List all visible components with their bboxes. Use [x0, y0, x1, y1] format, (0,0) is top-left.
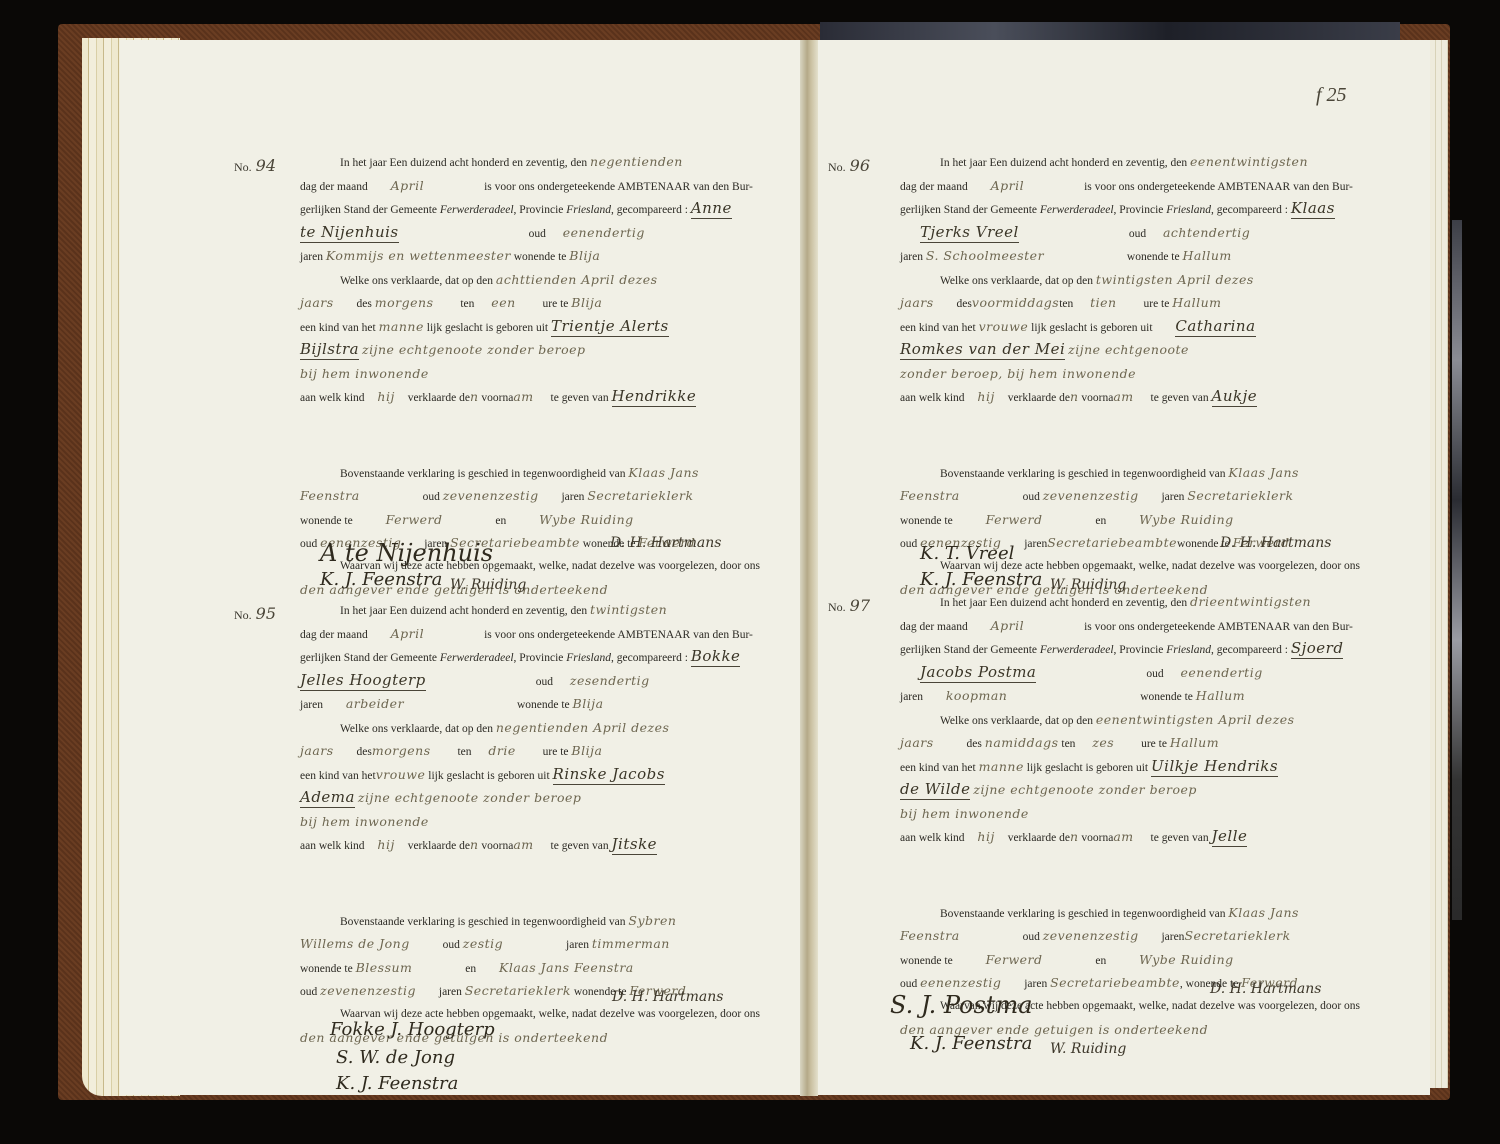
- printed-text: Ferwerderadeel: [440, 204, 514, 216]
- handwritten-entry: Ferwerd: [986, 512, 1043, 527]
- printed-text: oud: [900, 978, 917, 990]
- handwritten-entry: Feenstra: [900, 488, 960, 503]
- handwritten-entry: bij hem inwonende: [900, 806, 1029, 821]
- handwritten-entry: zestig: [463, 936, 503, 951]
- handwritten-entry: am: [513, 389, 533, 404]
- printed-text: No.: [234, 160, 252, 174]
- printed-text: een kind van het: [900, 762, 976, 774]
- record-line: Jelles Hoogterpoud zesendertig: [300, 669, 810, 693]
- mother-last: Adema: [300, 788, 355, 808]
- birth-record-94: No.94 In het jaar Een duizend acht honde…: [300, 150, 810, 602]
- printed-text: ten: [457, 746, 471, 758]
- signature-witness1: K. J. Feenstra: [320, 568, 442, 592]
- printed-text: 95: [256, 604, 276, 623]
- printed-text: oud: [300, 538, 317, 550]
- day-field: twintigsten: [590, 602, 667, 617]
- record-line: Welke ons verklaarde, dat op den achttie…: [300, 268, 810, 292]
- handwritten-entry: Klaas Jans: [1228, 465, 1299, 480]
- record-line: bij hem inwonende: [900, 802, 1410, 826]
- printed-text: en: [1095, 955, 1106, 967]
- printed-text: oud: [443, 939, 460, 951]
- handwritten-entry: hij: [977, 389, 994, 404]
- handwritten-entry: am: [1113, 389, 1133, 404]
- record-line: Bovenstaande verklaring is geschied in t…: [900, 461, 1410, 485]
- handwritten-entry: Secretariebeambte: [1050, 975, 1180, 990]
- birth-record-96: No.96 In het jaar Een duizend acht honde…: [900, 150, 1410, 602]
- spacing: [900, 435, 1410, 461]
- time-of-day: namiddags: [985, 735, 1059, 750]
- printed-text: jaren: [561, 491, 584, 503]
- declarant-last: te Nijenhuis: [300, 223, 399, 243]
- printed-text: wonende te: [900, 955, 953, 967]
- printed-text: is voor ons ondergeteekende AMBTENAAR va…: [484, 181, 753, 193]
- printed-text: wonende te: [300, 515, 353, 527]
- record-line: jaren Kommijs en wettenmeester wonende t…: [300, 244, 810, 268]
- printed-text: aan welk kind: [900, 392, 965, 404]
- record-line: Feenstra oud zevenenzestig jaren Secreta…: [300, 484, 810, 508]
- record-line: jaars des morgens ten een ure te Blija: [300, 291, 810, 315]
- handwritten-entry: bij hem inwonende: [300, 814, 429, 829]
- printed-text: voorna: [481, 392, 513, 404]
- record-line: Willems de Jong oud zestig jaren timmerm…: [300, 932, 810, 956]
- printed-text: verklaarde de: [408, 840, 470, 852]
- printed-text: en: [465, 963, 476, 975]
- mother-last: de Wilde: [900, 780, 970, 800]
- handwritten-entry: zevenenzestig: [1043, 488, 1139, 503]
- record-line: Welke ons verklaarde, dat op den eenentw…: [900, 708, 1410, 732]
- child-name: Aukje: [1212, 387, 1258, 407]
- record-number: No.94: [234, 154, 276, 180]
- printed-text: wonende te: [514, 251, 567, 263]
- handwritten-entry: eenenzestig: [920, 975, 1001, 990]
- printed-text: te geven van: [551, 840, 609, 852]
- handwritten-entry: Sybren: [628, 913, 676, 928]
- record-line: Bovenstaande verklaring is geschied in t…: [300, 909, 810, 933]
- handwritten-entry: Ferwerd: [386, 512, 443, 527]
- printed-text: is voor ons ondergeteekende AMBTENAAR va…: [1084, 181, 1353, 193]
- handwritten-entry: zonder beroep, bij hem inwonende: [900, 366, 1136, 381]
- printed-text: Ferwerderadeel: [1040, 644, 1114, 656]
- mother-first: Rinske Jacobs: [553, 765, 665, 785]
- signature-witness2: K. J. Feenstra: [336, 1072, 458, 1096]
- printed-text: jaren: [1161, 931, 1184, 943]
- record-line: jaren arbeider wonende te Blija: [300, 692, 810, 716]
- printed-text: te geven van: [1151, 392, 1209, 404]
- printed-text: des: [957, 298, 972, 310]
- record-line: Bijlstra zijne echtgenoote zonder beroep: [300, 338, 810, 362]
- declarant-last: Tjerks Vreel: [920, 223, 1019, 243]
- handwritten-entry: Wybe Ruiding: [539, 512, 634, 527]
- printed-text: ure te: [543, 298, 569, 310]
- hour-field: een: [491, 295, 515, 310]
- printed-text: ure te: [1144, 298, 1170, 310]
- handwritten-entry: timmerman: [592, 936, 670, 951]
- printed-text: Bovenstaande verklaring is geschied in t…: [940, 468, 1226, 480]
- printed-text: Welke ons verklaarde, dat op den: [340, 275, 493, 287]
- record-line: wonende te Ferwerd en Wybe Ruiding: [300, 508, 810, 532]
- printed-text: Friesland: [566, 652, 611, 664]
- record-line: gerlijken Stand der Gemeente Ferwerderad…: [900, 637, 1410, 661]
- printed-text: aan welk kind: [300, 392, 365, 404]
- record-line: een kind van het manne lijk geslacht is …: [300, 315, 810, 339]
- printed-text: te geven van: [1151, 832, 1209, 844]
- printed-text: Welke ons verklaarde, dat op den: [940, 715, 1093, 727]
- hour-field: drie: [488, 743, 515, 758]
- printed-text: , Provincie: [514, 652, 564, 664]
- record-line: gerlijken Stand der Gemeente Ferwerderad…: [300, 197, 810, 221]
- spacing: [900, 875, 1410, 901]
- handwritten-entry: zijne echtgenoote zonder beroep: [362, 342, 586, 357]
- record-line: Adema zijne echtgenoote zonder beroep: [300, 786, 810, 810]
- printed-text: , gecompareerd :: [611, 204, 688, 216]
- birth-record-97: No.97 In het jaar Een duizend acht honde…: [900, 590, 1410, 1042]
- record-line: jaren S. Schoolmeester wonende te Hallum: [900, 244, 1410, 268]
- printed-text: 94: [256, 156, 276, 175]
- printed-text: jaren: [1161, 491, 1184, 503]
- mother-last: Bijlstra: [300, 340, 359, 360]
- record-line: een kind van het manne lijk geslacht is …: [900, 755, 1410, 779]
- printed-text: lijk geslacht is geboren uit: [1031, 322, 1152, 334]
- record-line: gerlijken Stand der Gemeente Ferwerderad…: [300, 645, 810, 669]
- printed-text: oud: [1129, 228, 1146, 240]
- record-line: te Nijenhuisoud eenendertig: [300, 221, 810, 245]
- spacing: [900, 849, 1410, 875]
- printed-text: aan welk kind: [300, 840, 365, 852]
- printed-text: jaren: [1024, 538, 1047, 550]
- official-signature: D. H. Hartmans: [612, 986, 723, 1010]
- printed-text: ten: [460, 298, 474, 310]
- record-line: aan welk kind hij verklaarde den voornaa…: [300, 385, 810, 409]
- record-line: wonende te Blessum en Klaas Jans Feenstr…: [300, 956, 810, 980]
- signature-declarant: K. T. Vreel: [920, 542, 1014, 566]
- residence-field: Blija: [573, 696, 604, 711]
- printed-text: wonende te: [1140, 691, 1193, 703]
- printed-text: jaren: [1024, 978, 1047, 990]
- handwritten-entry: Secretarieklerk: [1184, 928, 1290, 943]
- handwritten-entry: Wybe Ruiding: [1139, 952, 1234, 967]
- age-field: eenendertig: [1181, 665, 1263, 680]
- record-line: In het jaar Een duizend acht honderd en …: [900, 590, 1410, 614]
- record-line: Welke ons verklaarde, dat op den twintig…: [900, 268, 1410, 292]
- record-number: No.96: [828, 154, 870, 180]
- birth-date-field: eenentwintigsten April dezes: [1096, 712, 1295, 727]
- birth-record-95: No.95 In het jaar Een duizend acht honde…: [300, 598, 810, 1050]
- mother-last: Romkes van der Mei: [900, 340, 1065, 360]
- record-line: bij hem inwonende: [300, 810, 810, 834]
- record-line: jaars desvoormiddagsten tien ure te Hall…: [900, 291, 1410, 315]
- sex-field: vrouwe: [376, 767, 426, 782]
- record-line: wonende te Ferwerd en Wybe Ruiding: [900, 508, 1410, 532]
- printed-text: dag der maand: [900, 621, 968, 633]
- printed-text: dag der maand: [900, 181, 968, 193]
- record-line: een kind van het vrouwe lijk geslacht is…: [900, 315, 1410, 339]
- printed-text: wonende te: [1127, 251, 1180, 263]
- record-line: In het jaar Een duizend acht honderd en …: [300, 598, 810, 622]
- handwritten-entry: hij: [377, 389, 394, 404]
- printed-text: Bovenstaande verklaring is geschied in t…: [940, 908, 1226, 920]
- handwritten-entry: Feenstra: [300, 488, 360, 503]
- printed-text: lijk geslacht is geboren uit: [1027, 762, 1148, 774]
- record-line: Jacobs Postmaoud eenendertig: [900, 661, 1410, 685]
- printed-text: , Provincie: [514, 204, 564, 216]
- marbled-board-top: [820, 22, 1400, 42]
- handwritten-entry: Blessum: [356, 960, 413, 975]
- printed-text: oud: [300, 986, 317, 998]
- record-line: aan welk kind hij verklaarde den voornaa…: [900, 385, 1410, 409]
- record-line: jaren koopman wonende te Hallum: [900, 684, 1410, 708]
- record-line: de Wilde zijne echtgenoote zonder beroep: [900, 778, 1410, 802]
- printed-text: oud: [529, 228, 546, 240]
- handwritten-entry: jaars: [900, 295, 934, 310]
- printed-text: verklaarde de: [1008, 832, 1070, 844]
- printed-text: gerlijken Stand der Gemeente: [900, 204, 1037, 216]
- handwritten-entry: zijne echtgenoote zonder beroep: [973, 782, 1197, 797]
- printed-text: lijk geslacht is geboren uit: [427, 322, 548, 334]
- day-field: drieentwintigsten: [1190, 594, 1311, 609]
- printed-text: In het jaar Een duizend acht honderd en …: [940, 157, 1187, 169]
- handwritten-entry: Secretarieklerk: [587, 488, 693, 503]
- mother-first: Uilkje Hendriks: [1151, 757, 1278, 777]
- handwritten-entry: Willems de Jong: [300, 936, 410, 951]
- record-line: oud zevenenzestig jaren Secretarieklerk …: [300, 979, 810, 1003]
- record-line: Bovenstaande verklaring is geschied in t…: [900, 901, 1410, 925]
- record-line: dag der maand Aprilis voor ons ondergete…: [900, 174, 1410, 198]
- printed-text: jaren: [300, 251, 323, 263]
- record-line: Feenstra oud zevenenzestig jarenSecretar…: [900, 924, 1410, 948]
- child-name: Hendrikke: [612, 387, 697, 407]
- printed-text: ure te: [1141, 738, 1167, 750]
- printed-text: dag der maand: [300, 629, 368, 641]
- printed-text: jaren: [439, 986, 462, 998]
- printed-text: , gecompareerd :: [611, 652, 688, 664]
- sex-field: vrouwe: [979, 319, 1029, 334]
- printed-text: en: [495, 515, 506, 527]
- spacing: [300, 857, 810, 883]
- printed-text: een kind van het: [300, 322, 376, 334]
- record-line: jaars des namiddags ten zes ure te Hallu…: [900, 731, 1410, 755]
- handwritten-entry: jaars: [300, 743, 334, 758]
- record-line: In het jaar Een duizend acht honderd en …: [300, 150, 810, 174]
- printed-text: In het jaar Een duizend acht honderd en …: [940, 597, 1187, 609]
- signature-witness1: K. J. Feenstra: [910, 1032, 1032, 1056]
- time-of-day: voormiddags: [972, 295, 1059, 310]
- birth-date-field: negentienden April dezes: [496, 720, 670, 735]
- record-number: No.97: [828, 594, 870, 620]
- printed-text: is voor ons ondergeteekende AMBTENAAR va…: [484, 629, 753, 641]
- child-name: Jelle: [1212, 827, 1248, 847]
- month-field: April: [391, 178, 425, 193]
- printed-text: verklaarde de: [1008, 392, 1070, 404]
- record-line: wonende te Ferwerd en Wybe Ruiding: [900, 948, 1410, 972]
- birth-place: Hallum: [1172, 295, 1221, 310]
- signature-declarant: A te Nijenhuis: [320, 542, 493, 566]
- handwritten-entry: Wybe Ruiding: [1139, 512, 1234, 527]
- spacing: [300, 883, 810, 909]
- official-signature: D. H. Hartmans: [1220, 532, 1331, 556]
- printed-text: oud: [1023, 491, 1040, 503]
- folio-number: f 25: [1316, 84, 1347, 107]
- printed-text: Friesland: [1166, 204, 1211, 216]
- residence-field: Hallum: [1196, 688, 1245, 703]
- record-line: Bovenstaande verklaring is geschied in t…: [300, 461, 810, 485]
- month-field: April: [991, 178, 1025, 193]
- printed-text: , Provincie: [1114, 644, 1164, 656]
- printed-text: dag der maand: [300, 181, 368, 193]
- handwritten-entry: Klaas Jans: [628, 465, 699, 480]
- printed-text: is voor ons ondergeteekende AMBTENAAR va…: [1084, 621, 1353, 633]
- signature-witness1: S. W. de Jong: [336, 1046, 455, 1070]
- record-line: een kind van hetvrouwe lijk geslacht is …: [300, 763, 810, 787]
- handwritten-entry: Secretarieklerk: [465, 983, 571, 998]
- hour-field: zes: [1092, 735, 1114, 750]
- handwritten-entry: n: [1070, 389, 1079, 404]
- occupation-field: koopman: [946, 688, 1007, 703]
- printed-text: een kind van het: [300, 770, 376, 782]
- printed-text: gerlijken Stand der Gemeente: [900, 644, 1037, 656]
- printed-text: oud: [1023, 931, 1040, 943]
- declarant-first: Sjoerd: [1291, 639, 1344, 659]
- day-field: negentienden: [590, 154, 683, 169]
- handwritten-entry: am: [1113, 829, 1133, 844]
- printed-text: Ferwerderadeel: [1040, 204, 1114, 216]
- record-line: aan welk kind hij verklaarde den voornaa…: [900, 825, 1410, 849]
- printed-text: jaren: [300, 699, 323, 711]
- printed-text: gerlijken Stand der Gemeente: [300, 652, 437, 664]
- record-line: bij hem inwonende: [300, 362, 810, 386]
- handwritten-entry: zevenenzestig: [443, 488, 539, 503]
- printed-text: , gecompareerd :: [1211, 204, 1288, 216]
- birth-place: Blija: [571, 295, 602, 310]
- printed-text: jaren: [566, 939, 589, 951]
- printed-text: oud: [900, 538, 917, 550]
- occupation-field: arbeider: [346, 696, 404, 711]
- marbled-board-right: [1452, 220, 1462, 920]
- declarant-first: Klaas: [1291, 199, 1335, 219]
- time-of-day: morgens: [375, 295, 434, 310]
- record-line: zonder beroep, bij hem inwonende: [900, 362, 1410, 386]
- record-line: In het jaar Een duizend acht honderd en …: [900, 150, 1410, 174]
- printed-text: ure te: [543, 746, 569, 758]
- record-line: Feenstra oud zevenenzestig jaren Secreta…: [900, 484, 1410, 508]
- mother-first: Trientje Alerts: [551, 317, 669, 337]
- spacing: [900, 409, 1410, 435]
- declarant-first: Anne: [691, 199, 732, 219]
- handwritten-entry: zijne echtgenoote zonder beroep: [358, 790, 582, 805]
- sex-field: manne: [979, 759, 1024, 774]
- handwritten-entry: zevenenzestig: [320, 983, 416, 998]
- handwritten-entry: Klaas Jans: [1228, 905, 1299, 920]
- official-signature: D. H. Hartmans: [610, 532, 721, 556]
- printed-text: Friesland: [566, 204, 611, 216]
- record-line: gerlijken Stand der Gemeente Ferwerderad…: [900, 197, 1410, 221]
- month-field: April: [991, 618, 1025, 633]
- time-of-day: morgens: [372, 743, 431, 758]
- printed-text: Welke ons verklaarde, dat op den: [340, 723, 493, 735]
- residence-field: Blija: [569, 248, 600, 263]
- printed-text: oud: [536, 676, 553, 688]
- printed-text: lijk geslacht is geboren uit: [428, 770, 549, 782]
- signature-declarant: S. J. Postma: [890, 994, 1033, 1018]
- printed-text: des: [357, 746, 372, 758]
- record-line: Romkes van der Mei zijne echtgenoote: [900, 338, 1410, 362]
- signature-declarant: Fokke J. Hoogterp: [330, 1018, 495, 1042]
- child-name: Jitske: [612, 835, 658, 855]
- record-line: Tjerks Vreeloud achtendertig: [900, 221, 1410, 245]
- handwritten-entry: hij: [377, 837, 394, 852]
- signature-witness2: W. Ruiding: [450, 574, 526, 598]
- handwritten-entry: am: [513, 837, 533, 852]
- birth-date-field: twintigsten April dezes: [1096, 272, 1254, 287]
- printed-text: ten: [1059, 298, 1073, 310]
- handwritten-entry: jaars: [300, 295, 334, 310]
- printed-text: 97: [850, 596, 870, 615]
- handwritten-entry: n: [1070, 829, 1079, 844]
- printed-text: Ferwerderadeel: [440, 652, 514, 664]
- printed-text: ten: [1061, 738, 1075, 750]
- printed-text: voorna: [481, 840, 513, 852]
- printed-text: jaren: [900, 251, 923, 263]
- printed-text: verklaarde de: [408, 392, 470, 404]
- record-line: dag der maand Aprilis voor ons ondergete…: [300, 622, 810, 646]
- printed-text: een kind van het: [900, 322, 976, 334]
- printed-text: gerlijken Stand der Gemeente: [300, 204, 437, 216]
- signature-witness2: W. Ruiding: [1050, 1038, 1126, 1062]
- birth-place: Hallum: [1170, 735, 1219, 750]
- printed-text: No.: [828, 600, 846, 614]
- residence-field: Hallum: [1183, 248, 1232, 263]
- record-line: dag der maand Aprilis voor ons ondergete…: [300, 174, 810, 198]
- printed-text: Bovenstaande verklaring is geschied in t…: [340, 468, 626, 480]
- day-field: eenentwintigsten: [1190, 154, 1308, 169]
- printed-text: wonende te: [517, 699, 570, 711]
- handwritten-entry: n: [470, 837, 479, 852]
- handwritten-entry: Secretarieklerk: [1187, 488, 1293, 503]
- printed-text: oud: [1146, 668, 1163, 680]
- printed-text: jaren: [900, 691, 923, 703]
- spacing: [300, 435, 810, 461]
- handwritten-entry: hij: [977, 829, 994, 844]
- printed-text: , gecompareerd :: [1211, 644, 1288, 656]
- handwritten-entry: Ferwerd: [986, 952, 1043, 967]
- handwritten-entry: n: [470, 389, 479, 404]
- handwritten-entry: zijne echtgenoote: [1068, 342, 1189, 357]
- printed-text: Friesland: [1166, 644, 1211, 656]
- birth-date-field: achttienden April dezes: [496, 272, 658, 287]
- handwritten-entry: Klaas Jans Feenstra: [499, 960, 634, 975]
- printed-text: des: [357, 298, 372, 310]
- printed-text: en: [1095, 515, 1106, 527]
- handwritten-entry: Secretariebeambte: [1047, 535, 1177, 550]
- handwritten-entry: zevenenzestig: [1043, 928, 1139, 943]
- record-line: dag der maand Aprilis voor ons ondergete…: [900, 614, 1410, 638]
- printed-text: No.: [828, 160, 846, 174]
- printed-text: No.: [234, 608, 252, 622]
- sex-field: manne: [379, 319, 424, 334]
- age-field: eenendertig: [563, 225, 645, 240]
- printed-text: In het jaar Een duizend acht honderd en …: [340, 605, 587, 617]
- printed-text: aan welk kind: [900, 832, 965, 844]
- age-field: achtendertig: [1163, 225, 1250, 240]
- age-field: zesendertig: [570, 673, 650, 688]
- hour-field: tien: [1090, 295, 1116, 310]
- occupation-field: Kommijs en wettenmeester: [326, 248, 511, 263]
- record-line: jaars desmorgens ten drie ure te Blija: [300, 739, 810, 763]
- record-line: aan welk kind hij verklaarde den voornaa…: [300, 833, 810, 857]
- printed-text: oud: [423, 491, 440, 503]
- handwritten-entry: Feenstra: [900, 928, 960, 943]
- declarant-last: Jacobs Postma: [920, 663, 1036, 683]
- printed-text: 96: [850, 156, 870, 175]
